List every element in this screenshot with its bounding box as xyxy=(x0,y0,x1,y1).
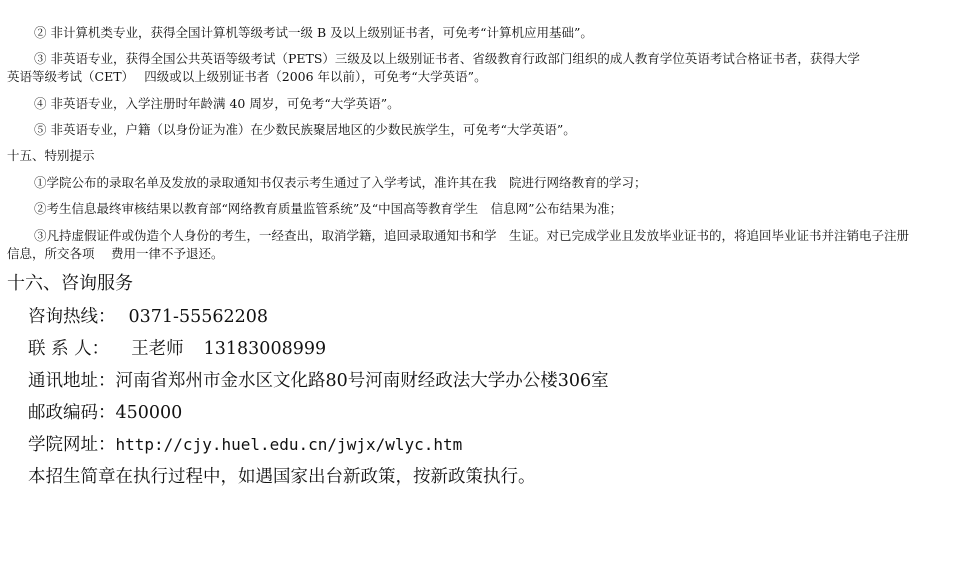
closing-statement: 本招生简章在执行过程中，如遇国家出台新政策，按新政策执行。 xyxy=(28,465,536,489)
exemption-item-english-cert-line1: ③ 非英语专业，获得全国公共英语等级考试（PETS）三级及以上级别证书者、省级教… xyxy=(34,50,860,68)
notice-item-3-line1: ③凡持虚假证件或伪造个人身份的考生，一经查出，取消学籍，追回录取通知书和学 生证… xyxy=(34,227,909,245)
address-label: 通讯地址： xyxy=(28,371,116,391)
exemption-item-computer: ② 非计算机类专业，获得全国计算机等级考试一级 B 及以上级别证书者，可免考“计… xyxy=(34,24,593,42)
hotline-row: 咨询热线：0371-55562208 xyxy=(28,305,268,329)
exemption-item-age: ④ 非英语专业，入学注册时年龄满 40 周岁，可免考“大学英语”。 xyxy=(34,95,400,113)
contact-label: 联 系 人： xyxy=(28,339,109,359)
address-value: 河南省郑州市金水区文化路80号河南财经政法大学办公楼306室 xyxy=(116,371,609,391)
exemption-item-minority: ⑤ 非英语专业，户籍（以身份证为准）在少数民族聚居地区的少数民族学生，可免考“大… xyxy=(34,121,576,139)
hotline-value: 0371-55562208 xyxy=(129,307,269,327)
notice-item-3-line2: 信息，所交各项 费用一律不予退还。 xyxy=(7,245,223,263)
section-16-title: 十六、咨询服务 xyxy=(7,272,133,296)
section-15-title: 十五、特别提示 xyxy=(7,147,95,165)
postcode-value: 450000 xyxy=(116,403,183,423)
website-link[interactable]: http://cjy.huel.edu.cn/jwjx/wlyc.htm xyxy=(116,435,463,454)
contact-row: 联 系 人：王老师13183008999 xyxy=(28,337,326,361)
contact-phone: 13183008999 xyxy=(204,339,326,359)
website-label: 学院网址： xyxy=(28,435,116,455)
hotline-label: 咨询热线： xyxy=(28,307,116,327)
notice-item-1: ①学院公布的录取名单及发放的录取通知书仅表示考生通过了入学考试，准许其在我 院进… xyxy=(34,174,647,192)
postcode-row: 邮政编码：450000 xyxy=(28,401,182,425)
notice-item-2: ②考生信息最终审核结果以教育部“网络教育质量监管系统”及“中国高等教育学生 信息… xyxy=(34,200,622,218)
exemption-item-english-cert-line2: 英语等级考试（CET） 四级或以上级别证书者（2006 年以前），可免考“大学英… xyxy=(7,68,487,86)
address-row: 通讯地址：河南省郑州市金水区文化路80号河南财经政法大学办公楼306室 xyxy=(28,369,609,393)
postcode-label: 邮政编码： xyxy=(28,403,116,423)
website-row: 学院网址：http://cjy.huel.edu.cn/jwjx/wlyc.ht… xyxy=(28,433,462,457)
contact-name: 王老师 xyxy=(131,339,184,359)
